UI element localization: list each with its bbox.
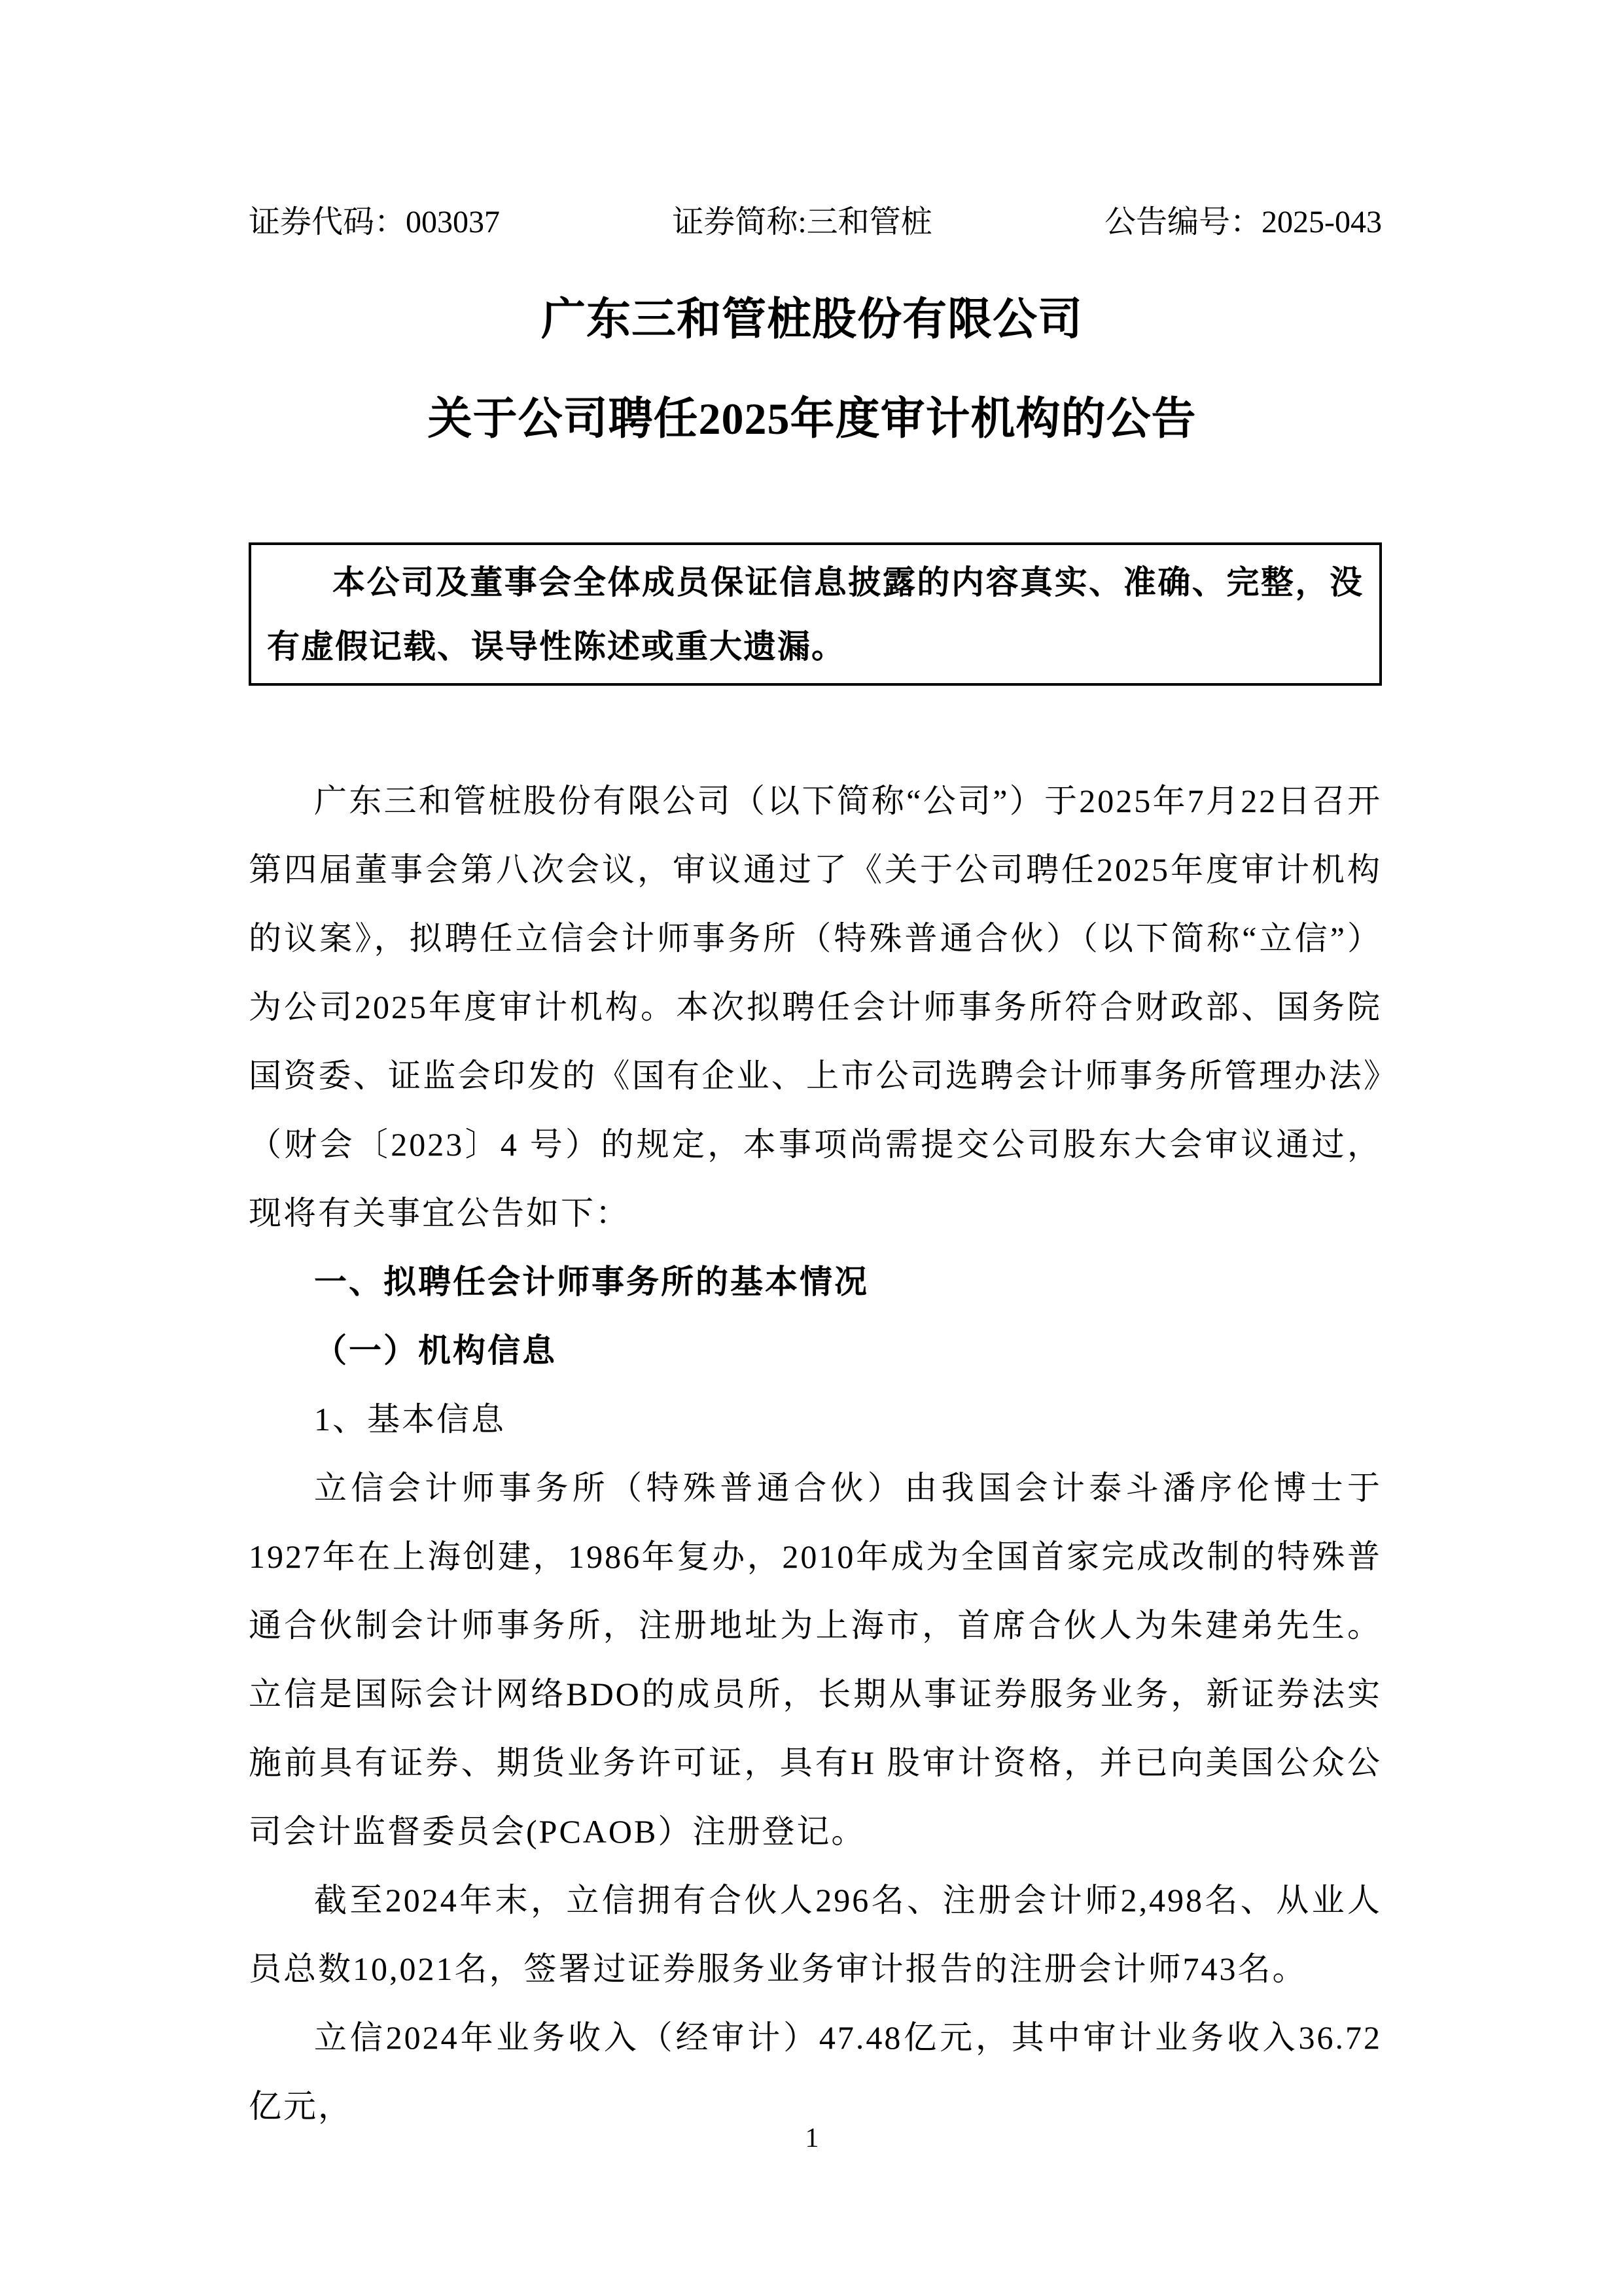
announcement-number: 公告编号：2025-043 [1104,204,1382,241]
announcement-title: 关于公司聘任2025年度审计机构的公告 [0,389,1624,449]
paragraph-revenue: 立信2024年业务收入（经审计）47.48亿元，其中审计业务收入36.72亿元， [249,2004,1382,2141]
stock-abbr: 证券简称:三和管桩 [672,204,932,241]
paragraph-staff-stats: 截至2024年末，立信拥有合伙人296名、注册会计师2,498名、从业人员总数1… [249,1866,1382,2004]
paragraph-resolution: 广东三和管桩股份有限公司（以下简称“公司”）于2025年7月22日召开第四届董事… [249,767,1382,1248]
announcement-page: 证券代码：003037 证券简称:三和管桩 公告编号：2025-043 广东三和… [0,0,1624,2296]
paragraph-firm-profile: 立信会计师事务所（特殊普通合伙）由我国会计泰斗潘序伦博士于1927年在上海创建，… [249,1454,1382,1866]
section-heading-1: 一、拟聘任会计师事务所的基本情况 [249,1248,1382,1316]
stock-code: 证券代码：003037 [249,204,500,241]
disclaimer-text: 本公司及董事会全体成员保证信息披露的内容真实、准确、完整，没有虚假记载、误导性陈… [267,550,1364,679]
company-title: 广东三和管桩股份有限公司 [0,289,1624,349]
announcement-body: 广东三和管桩股份有限公司（以下简称“公司”）于2025年7月22日召开第四届董事… [249,767,1382,2141]
section-heading-1-1: （一）机构信息 [249,1316,1382,1385]
announcement-header: 证券代码：003037 证券简称:三和管桩 公告编号：2025-043 [249,204,1382,241]
page-number: 1 [0,2123,1624,2154]
subsection-heading-basic-info: 1、基本信息 [249,1385,1382,1454]
disclaimer-box: 本公司及董事会全体成员保证信息披露的内容真实、准确、完整，没有虚假记载、误导性陈… [249,542,1382,686]
